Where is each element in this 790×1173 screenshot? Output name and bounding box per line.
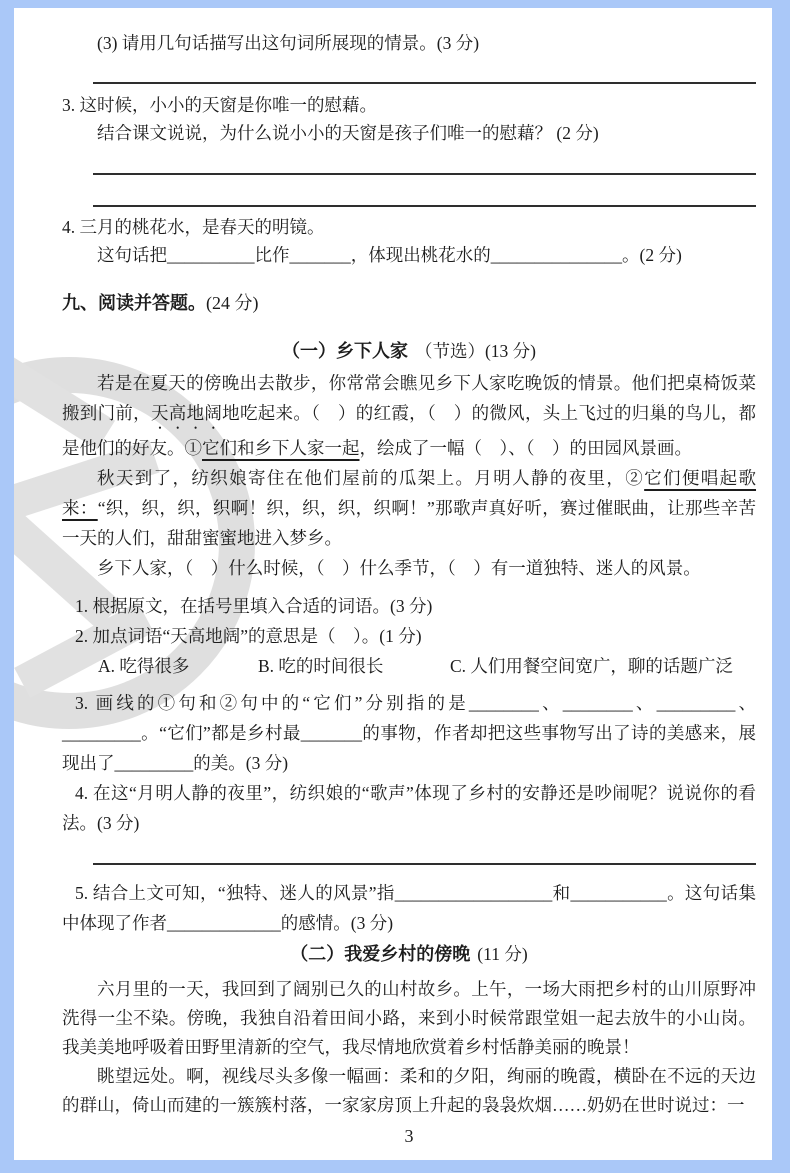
passage-2-paragraph-1: 六月里的一天，我回到了阔别已久的山村故乡。上午，一场大雨把乡村的山川原野冲洗得一… — [62, 975, 756, 1062]
exam-paper-page: (3) 请用几句话描写出这句词所展现的情景。(3 分) 3. 这时候，小小的天窗… — [14, 8, 772, 1160]
option-c: C. 人们用餐空间宽广，聊的话题广泛 — [450, 656, 733, 676]
passage-2-title: （二）我爱乡村的傍晚(11 分) — [62, 940, 756, 968]
passage-1-question-3: 3. 画线的①句和②句中的“它们”分别指的是________、________、… — [62, 688, 756, 778]
underlined-phrase-1: 它们和乡下人家一起 — [202, 438, 360, 458]
paragraph-text: “织，织，织，织啊！织，织，织，织啊！”那歌声真好听，赛过催眠曲，让那些辛苦一天… — [62, 498, 756, 548]
option-a: A. 吃得很多 — [98, 651, 258, 681]
passage-1-title-text: 乡下人家 — [336, 341, 408, 361]
question-8-4-fill-blanks: 这句话把__________比作_______，体现出桃花水的_________… — [62, 241, 756, 269]
question-8-3-prompt: 结合课文说说，为什么说小小的天窗是孩子们唯一的慰藉？ (2 分) — [62, 119, 756, 147]
passage-1-question-1: 1. 根据原文，在括号里填入合适的词语。(3 分) — [62, 591, 756, 621]
passage-1-title: （一）乡下人家（节选）(13 分) — [62, 337, 756, 365]
passage-1-question-2-options: A. 吃得很多B. 吃的时间很长C. 人们用餐空间宽广，聊的话题广泛 — [62, 651, 756, 681]
answer-line-4 — [93, 863, 756, 865]
passage-2-title-text: 我爱乡村的傍晚 — [344, 944, 470, 964]
section-9-heading-score: (24 分) — [206, 293, 259, 313]
passage-1-question-4: 4. 在这“月明人静的夜里”，纺织娘的“歌声”体现了乡村的安静还是吵闹呢？说说你… — [62, 778, 756, 838]
passage-1-paragraph-2: 秋天到了，纺织娘寄住在他们屋前的瓜架上。月明人静的夜里，②它们便唱起歌来：“织，… — [62, 463, 756, 553]
paragraph-text: 秋天到了，纺织娘寄住在他们屋前的瓜架上。月明人静的夜里，② — [97, 468, 644, 488]
passage-2-paragraph-2: 眺望远处。啊，视线尽头多像一幅画：柔和的夕阳，绚丽的晚霞，横卧在不远的天边的群山… — [62, 1062, 756, 1120]
question-8-3: 3. 这时候，小小的天窗是你唯一的慰藉。 结合课文说说，为什么说小小的天窗是孩子… — [62, 91, 756, 147]
section-9-heading: 九、阅读并答题。(24 分) — [62, 289, 756, 317]
question-8-4-sentence: 4. 三月的桃花水，是春天的明镜。 — [62, 213, 756, 241]
answer-line-1 — [93, 82, 756, 84]
section-9-heading-text: 九、阅读并答题。 — [62, 293, 206, 313]
question-8-4: 4. 三月的桃花水，是春天的明镜。 这句话把__________比作______… — [62, 213, 756, 269]
paragraph-text: ，绘成了一幅（ ）、（ ）的田园风景画。 — [360, 438, 693, 458]
question-8-2-3-prompt: (3) 请用几句话描写出这句词所展现的情景。(3 分) — [62, 29, 756, 57]
emphasized-phrase: 天高地阔 — [151, 403, 222, 423]
option-b: B. 吃的时间很长 — [258, 651, 450, 681]
passage-2-title-score: (11 分) — [477, 944, 527, 964]
passage-1-paragraph-1: 若是在夏天的傍晚出去散步，你常常会瞧见乡下人家吃晚饭的情景。他们把桌椅饭菜搬到门… — [62, 368, 756, 463]
passage-1-paragraph-3: 乡下人家，（ ）什么时候，（ ）什么季节，（ ）有一道独特、迷人的风景。 — [62, 553, 756, 583]
paper-content: (3) 请用几句话描写出这句词所展现的情景。(3 分) 3. 这时候，小小的天窗… — [62, 8, 756, 1148]
passage-1-title-note: （节选）(13 分) — [415, 341, 536, 361]
answer-line-2 — [93, 173, 756, 175]
passage-1-question-5: 5. 结合上文可知，“独特、迷人的风景”指__________________和… — [62, 878, 756, 938]
passage-1-question-2: 2. 加点词语“天高地阔”的意思是（ ）。(1 分) — [62, 621, 756, 651]
page-number: 3 — [62, 1124, 756, 1148]
passage-1-body: 若是在夏天的傍晚出去散步，你常常会瞧见乡下人家吃晚饭的情景。他们把桌椅饭菜搬到门… — [62, 368, 756, 583]
question-8-3-sentence: 3. 这时候，小小的天窗是你唯一的慰藉。 — [62, 91, 756, 119]
passage-1-number: （一） — [282, 341, 336, 361]
answer-line-3 — [93, 205, 756, 207]
passage-2-number: （二） — [290, 944, 344, 964]
